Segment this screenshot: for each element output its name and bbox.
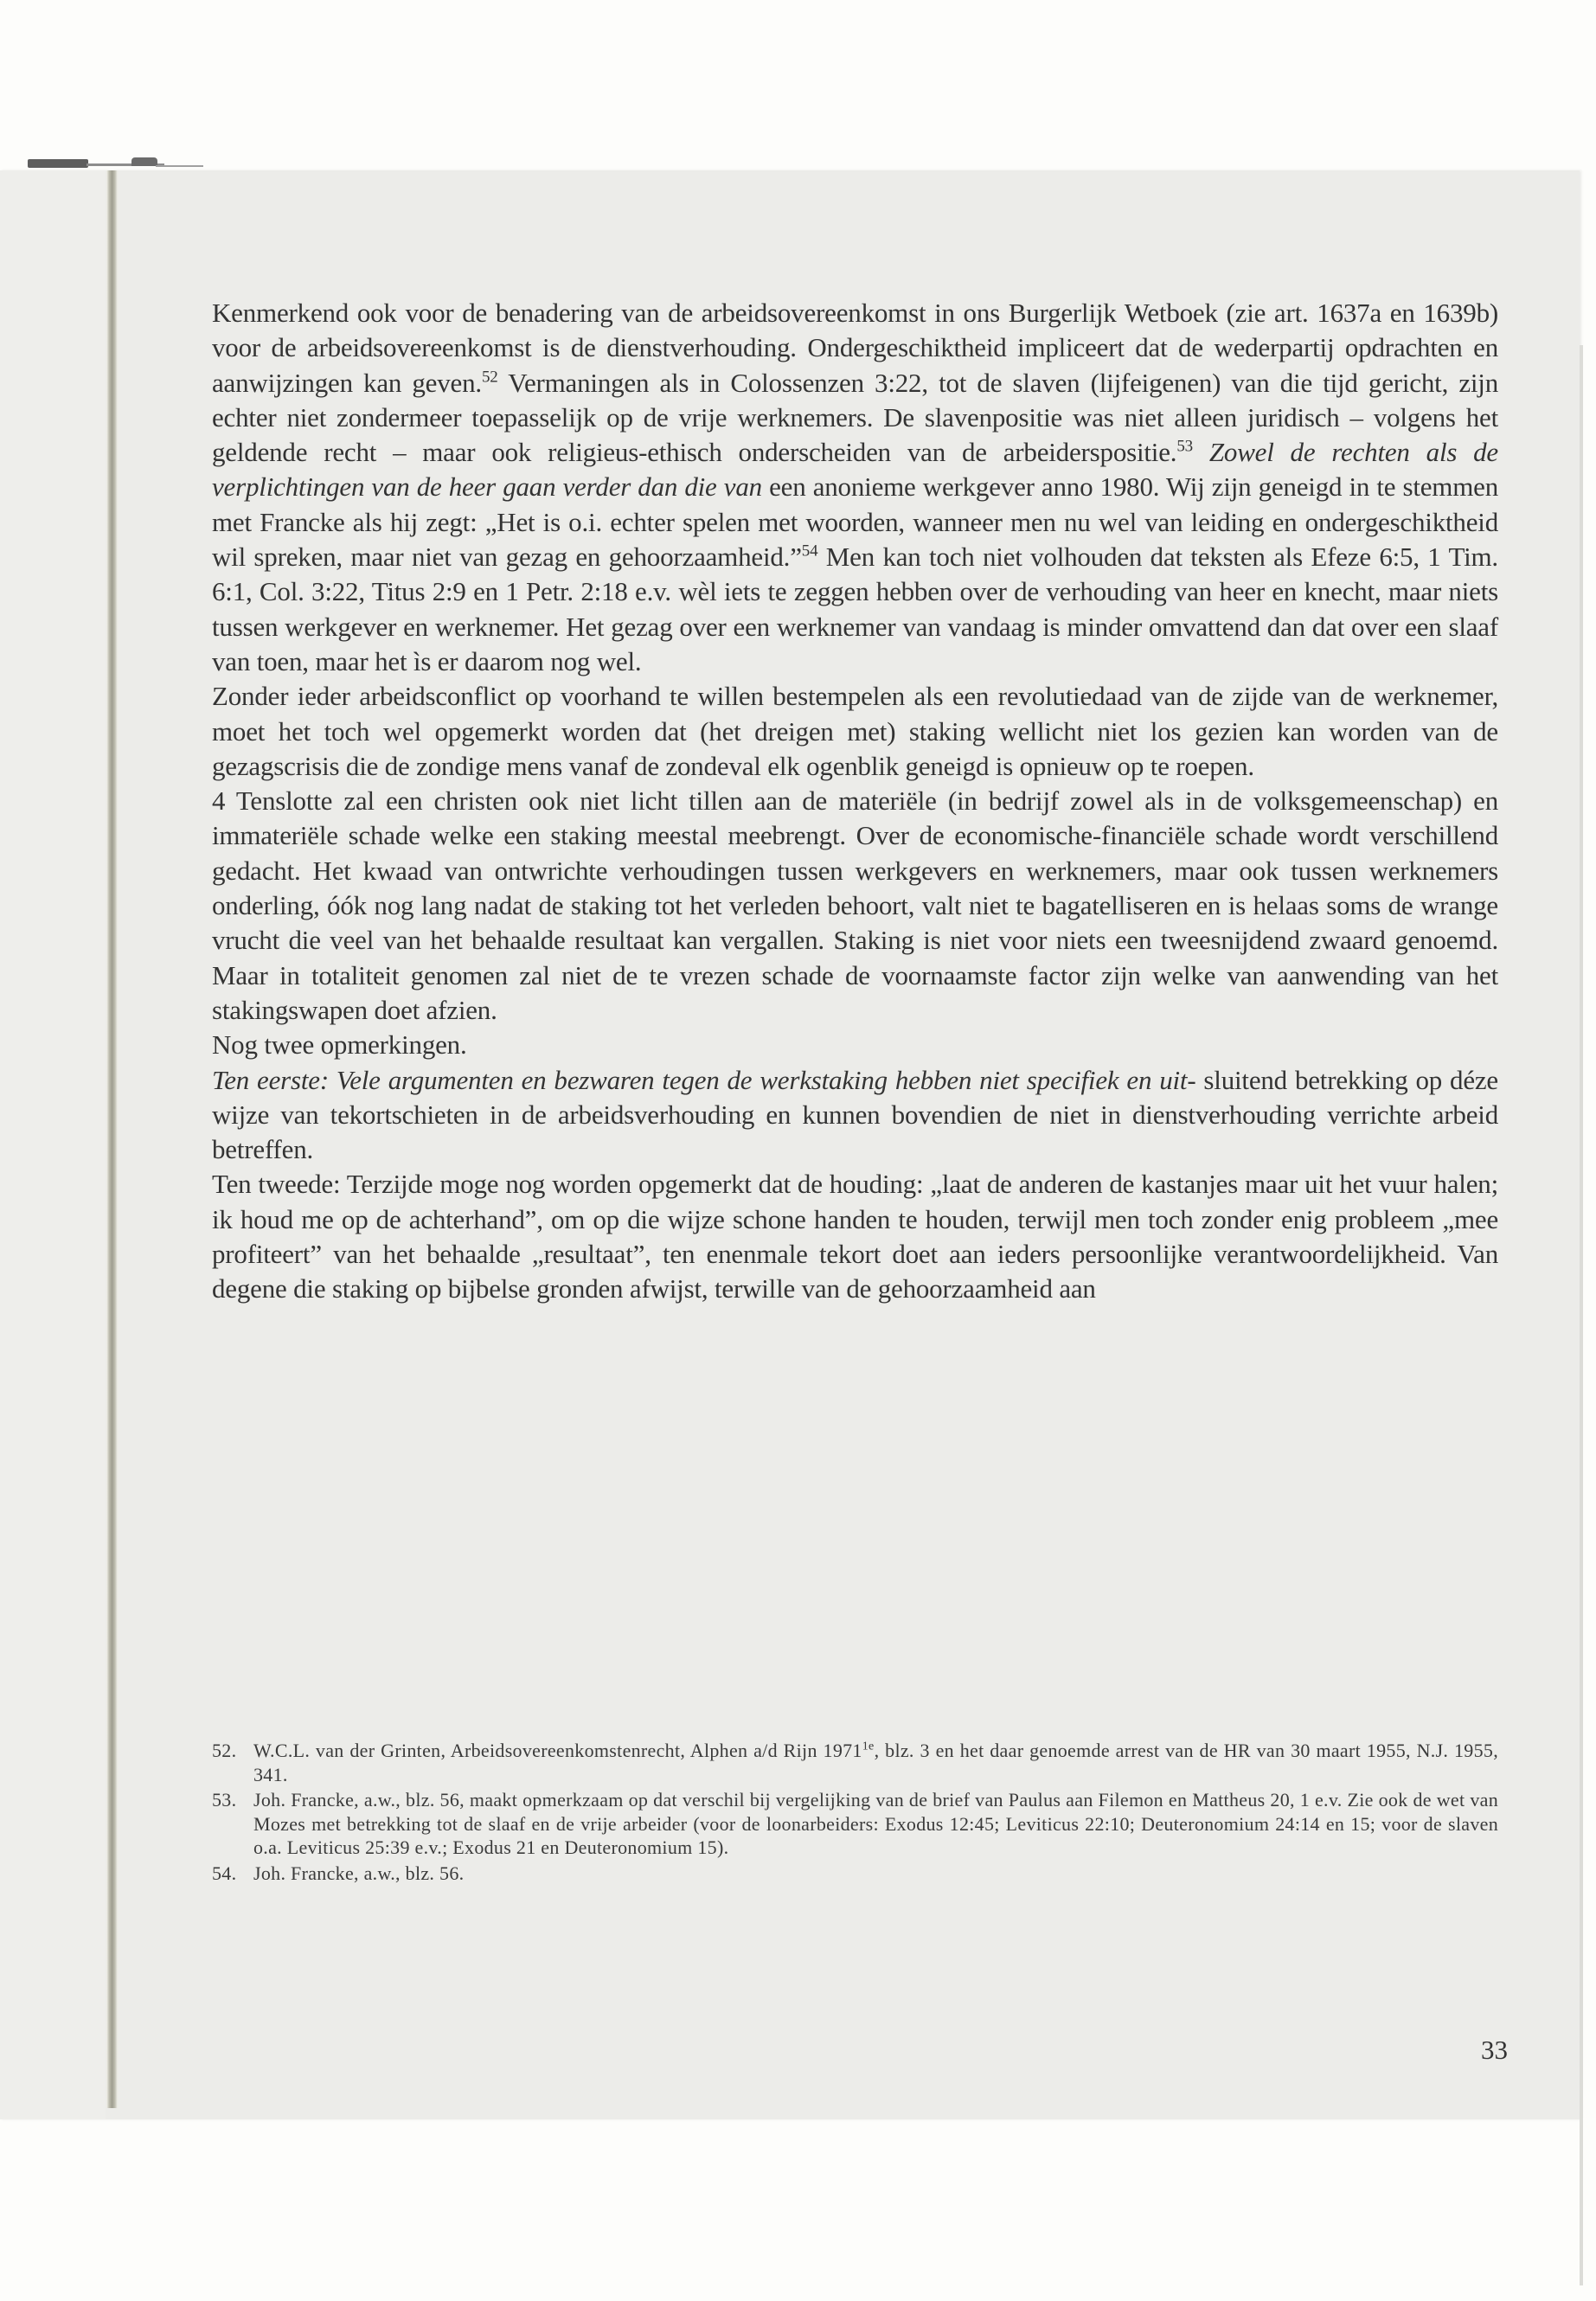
facing-page-edge <box>0 170 106 2119</box>
paragraph-2: Zonder ieder arbeidsconflict op voorhand… <box>212 679 1498 784</box>
binding-gutter <box>106 170 118 2108</box>
paragraph-4: Nog twee opmerkingen. <box>212 1028 1498 1062</box>
footnote-number: 53. <box>212 1788 236 1812</box>
footnotes: 52. W.C.L. van der Grinten, Arbeidsovere… <box>212 1739 1498 1887</box>
footnote-number: 54. <box>212 1862 236 1886</box>
page-number: 33 <box>1481 2035 1508 2066</box>
paragraph-1: Kenmerkend ook voor de benadering van de… <box>212 296 1498 679</box>
footnote-ref-53[interactable]: 53 <box>1176 438 1193 456</box>
paragraph-5: Ten eerste: Vele argumenten en bezwaren … <box>212 1063 1498 1168</box>
paragraph-3: 4 Tenslotte zal een christen ook niet li… <box>212 784 1498 1028</box>
footnote-53: 53. Joh. Francke, a.w., blz. 56, maakt o… <box>212 1788 1498 1860</box>
footnote-ref-52[interactable]: 52 <box>482 368 498 386</box>
binding-clip <box>26 156 203 170</box>
page-edge <box>1580 345 1583 2285</box>
footnote-ref-54[interactable]: 54 <box>802 542 818 561</box>
paragraph-6: Ten tweede: Terzijde moge nog worden opg… <box>212 1167 1498 1306</box>
footnote-52: 52. W.C.L. van der Grinten, Arbeidsovere… <box>212 1739 1498 1786</box>
footnote-number: 52. <box>212 1739 236 1763</box>
footnote-54: 54. Joh. Francke, a.w., blz. 56. <box>212 1862 1498 1886</box>
body-text: Kenmerkend ook voor de benadering van de… <box>212 296 1498 1307</box>
